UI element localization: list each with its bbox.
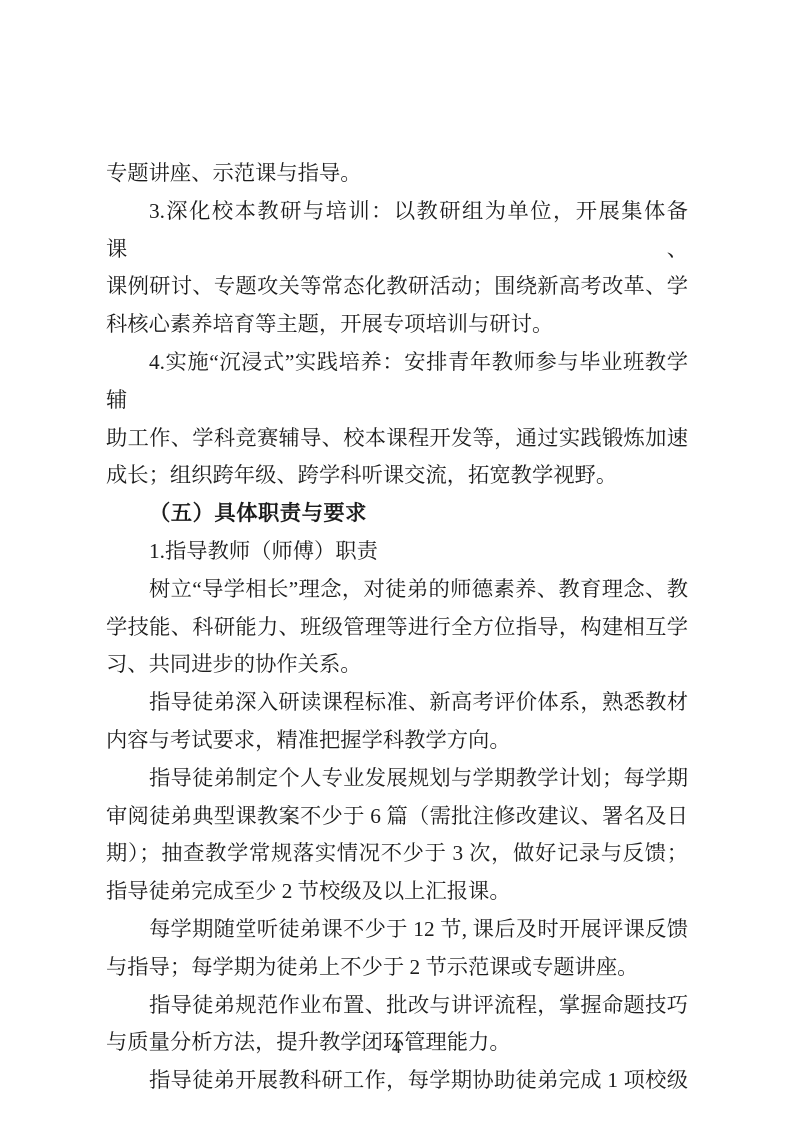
paragraph: 4.实施“沉浸式”实践培养：安排青年教师参与毕业班教学辅助工作、学科竞赛辅导、校… [106,344,688,495]
text-line: 1.指导教师（师傅）职责 [106,533,688,571]
text-line: 指导徒弟深入研读课程标准、新高考评价体系，熟悉教材 [106,684,688,722]
text-line: 成长；组织跨年级、跨学科听课交流，拓宽教学视野。 [106,457,688,495]
paragraph: 指导徒弟制定个人专业发展规划与学期教学计划；每学期审阅徒弟典型课教案不少于 6 … [106,760,688,911]
footer-dash-right: — [412,1037,431,1058]
document-page: 专题讲座、示范课与指导。3.深化校本教研与培训：以教研组为单位，开展集体备课、课… [0,0,793,1122]
footer-dash-left: — [362,1037,381,1058]
paragraph: 树立“导学相长”理念，对徒弟的师德素养、教育理念、教学技能、科研能力、班级管理等… [106,571,688,684]
page-number: 4 [381,1037,413,1058]
text-line: 3.深化校本教研与培训：以教研组为单位，开展集体备课、 [106,193,688,269]
paragraph: 指导徒弟开展教科研工作，每学期协助徒弟完成 1 项校级 [106,1062,688,1100]
text-line: 助工作、学科竞赛辅导、校本课程开发等，通过实践锻炼加速 [106,420,688,458]
text-line: 期）；抽查教学常规落实情况不少于 3 次，做好记录与反馈； [106,835,688,873]
text-line: 指导徒弟规范作业布置、批改与讲评流程，掌握命题技巧 [106,987,688,1025]
text-line: 审阅徒弟典型课教案不少于 6 篇（需批注修改建议、署名及日 [106,798,688,836]
text-line: （五）具体职责与要求 [106,495,688,533]
text-line: 4.实施“沉浸式”实践培养：安排青年教师参与毕业班教学辅 [106,344,688,420]
page-number-footer: —4— [0,1034,793,1062]
paragraph: 指导徒弟深入研读课程标准、新高考评价体系，熟悉教材内容与考试要求，精准把握学科教… [106,684,688,760]
text-line: 科核心素养培育等主题，开展专项培训与研讨。 [106,306,688,344]
text-line: 专题讲座、示范课与指导。 [106,155,688,193]
paragraph: 每学期随堂听徒弟课不少于 12 节, 课后及时开展评课反馈与指导；每学期为徒弟上… [106,911,688,987]
paragraph: 3.深化校本教研与培训：以教研组为单位，开展集体备课、课例研讨、专题攻关等常态化… [106,193,688,344]
text-line: 每学期随堂听徒弟课不少于 12 节, 课后及时开展评课反馈 [106,911,688,949]
text-line: 学技能、科研能力、班级管理等进行全方位指导，构建相互学 [106,609,688,647]
document-body: 专题讲座、示范课与指导。3.深化校本教研与培训：以教研组为单位，开展集体备课、课… [106,155,688,1100]
text-line: 内容与考试要求，精准把握学科教学方向。 [106,722,688,760]
section-heading: （五）具体职责与要求 [106,495,688,533]
text-line: 树立“导学相长”理念，对徒弟的师德素养、教育理念、教 [106,571,688,609]
text-line: 指导徒弟制定个人专业发展规划与学期教学计划；每学期 [106,760,688,798]
paragraph: 1.指导教师（师傅）职责 [106,533,688,571]
text-line: 习、共同进步的协作关系。 [106,646,688,684]
text-line: 课例研讨、专题攻关等常态化教研活动；围绕新高考改革、学 [106,268,688,306]
text-line: 指导徒弟开展教科研工作，每学期协助徒弟完成 1 项校级 [106,1062,688,1100]
text-line: 指导徒弟完成至少 2 节校级及以上汇报课。 [106,873,688,911]
text-line: 与指导；每学期为徒弟上不少于 2 节示范课或专题讲座。 [106,949,688,987]
paragraph: 专题讲座、示范课与指导。 [106,155,688,193]
